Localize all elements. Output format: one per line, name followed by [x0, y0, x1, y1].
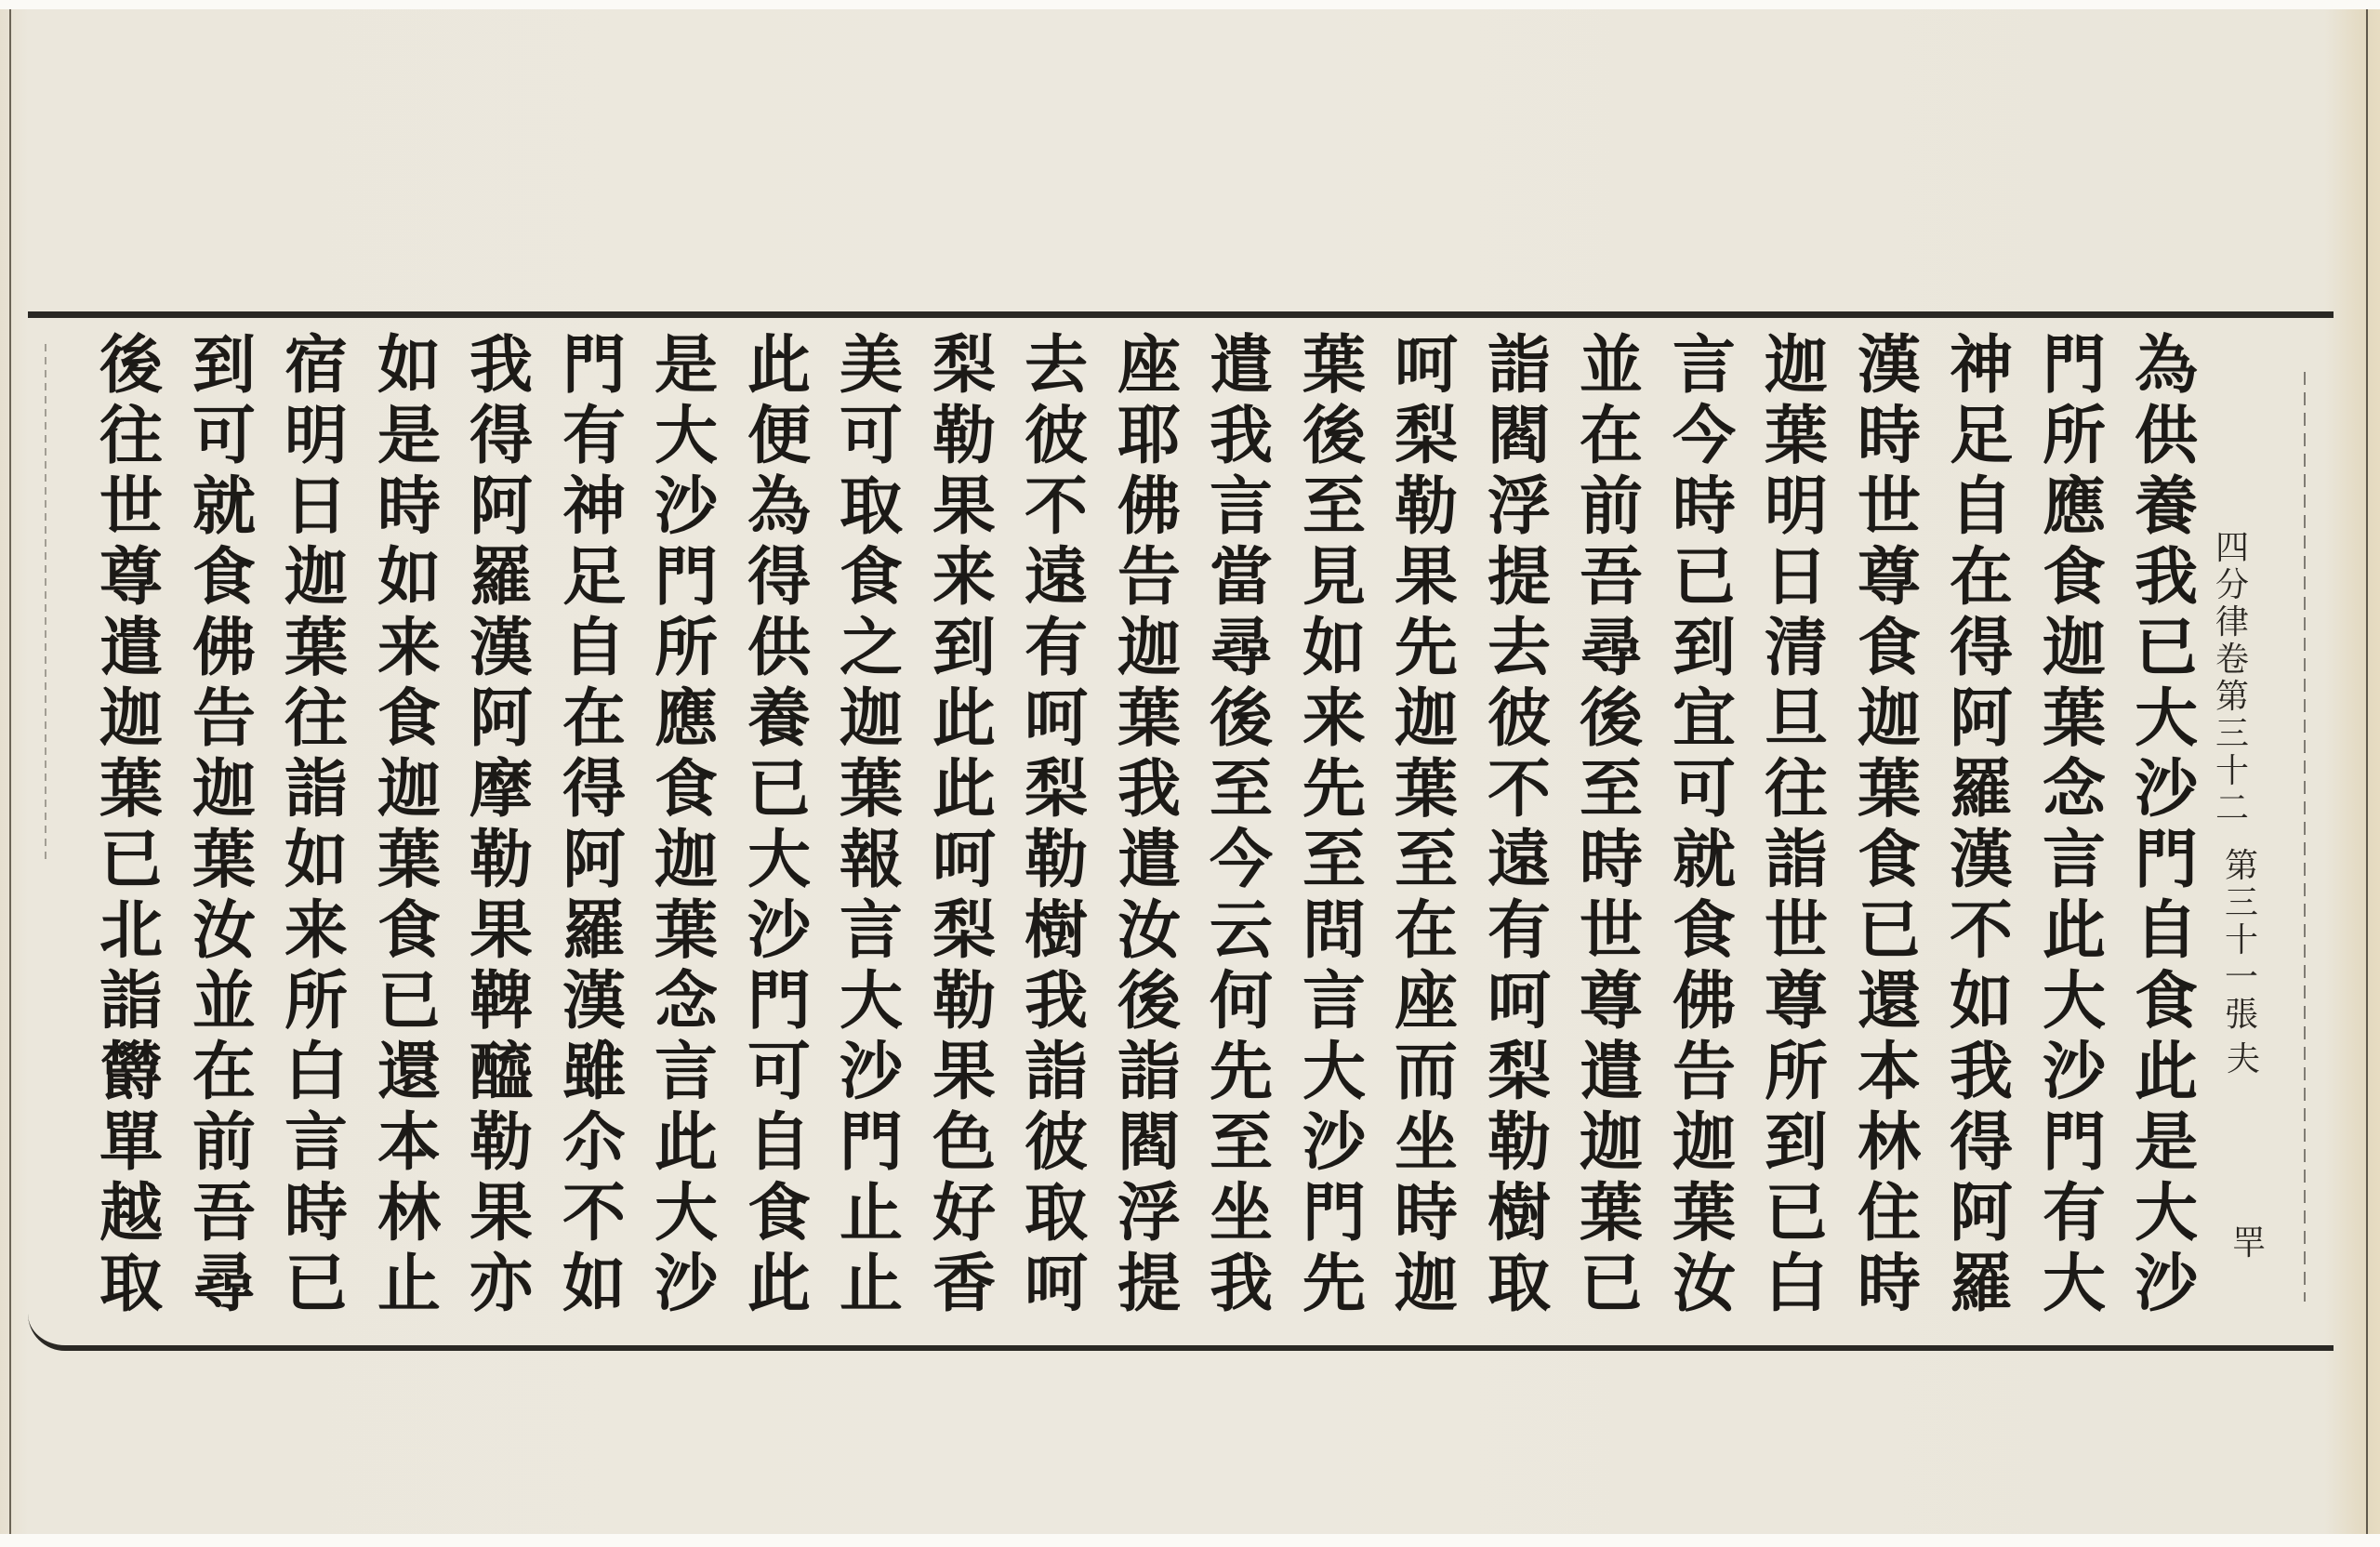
glyph: 梨	[1487, 1037, 1551, 1107]
glyph: 大	[654, 1178, 718, 1249]
glyph: 好	[932, 1178, 996, 1249]
margin-glyph: 三	[2215, 716, 2249, 753]
margin-glyph: 二	[2215, 790, 2249, 827]
glyph: 念	[654, 966, 718, 1037]
glyph: 應	[2043, 471, 2106, 542]
text-column: 後往世尊遣迦葉已北詣欝單越取	[86, 330, 176, 1319]
glyph: 有	[2043, 1178, 2106, 1249]
glyph: 時	[1673, 471, 1736, 542]
glyph: 迦	[654, 825, 718, 895]
glyph: 葉	[1673, 1178, 1736, 1249]
glyph: 彼	[1487, 683, 1551, 754]
text-column: 葉後至見如来先至問言大沙門先	[1289, 330, 1379, 1319]
glyph: 迦	[99, 683, 163, 754]
margin-mark-text: 夫	[2227, 1041, 2260, 1078]
glyph: 雖	[562, 1037, 626, 1107]
glyph: 神	[562, 471, 626, 542]
margin-glyph: 張	[2225, 997, 2258, 1034]
glyph: 可	[1673, 754, 1736, 825]
glyph: 門	[747, 966, 811, 1037]
glyph: 勒	[1395, 471, 1458, 542]
glyph: 得	[469, 401, 533, 471]
glyph: 座	[1395, 966, 1458, 1037]
glyph: 大	[2135, 683, 2198, 754]
glyph: 尋	[192, 1249, 256, 1319]
page-edge-right	[2366, 9, 2368, 1534]
glyph: 阿	[1950, 1178, 2013, 1249]
glyph: 已	[1673, 542, 1736, 613]
text-column: 為供養我已大沙門自食此是大沙	[2122, 330, 2211, 1319]
glyph: 供	[2135, 401, 2198, 471]
glyph: 汝	[192, 895, 256, 966]
glyph: 呵	[1025, 683, 1088, 754]
glyph: 養	[747, 683, 811, 754]
glyph: 果	[1395, 542, 1458, 613]
glyph: 葉	[1580, 1178, 1643, 1249]
text-column: 如是時如来食迦葉食已還本林止	[364, 330, 454, 1319]
glyph: 後	[1117, 966, 1181, 1037]
glyph: 阿	[562, 825, 626, 895]
glyph: 閻	[1487, 401, 1551, 471]
glyph: 取	[1487, 1249, 1551, 1319]
glyph: 勒	[469, 1107, 533, 1178]
glyph: 漢	[1858, 330, 1921, 401]
glyph: 為	[747, 471, 811, 542]
glyph: 如	[377, 542, 441, 613]
glyph: 問	[1302, 895, 1366, 966]
glyph: 大	[1302, 1037, 1366, 1107]
glyph: 此	[747, 330, 811, 401]
glyph: 葉	[1395, 754, 1458, 825]
glyph: 得	[747, 542, 811, 613]
glyph: 世	[1765, 895, 1828, 966]
glyph: 閻	[1117, 1107, 1181, 1178]
margin-title: 四分律卷第三十二 四分律卷第三十二	[2209, 530, 2255, 827]
glyph: 單	[99, 1107, 163, 1178]
glyph: 遠	[1487, 825, 1551, 895]
glyph: 迦	[1395, 1249, 1458, 1319]
glyph: 在	[1580, 401, 1643, 471]
page-label: 第三十一張 第三十一張	[2218, 848, 2265, 1034]
glyph: 梨	[1395, 401, 1458, 471]
glyph: 果	[932, 471, 996, 542]
glyph: 取	[99, 1249, 163, 1319]
glyph: 此	[2043, 895, 2106, 966]
glyph: 汝	[1117, 895, 1181, 966]
text-column: 並在前吾尋後至時世尊遣迦葉已	[1567, 330, 1656, 1319]
glyph: 大	[2135, 1178, 2198, 1249]
glyph: 前	[192, 1107, 256, 1178]
glyph: 已	[747, 754, 811, 825]
glyph: 我	[1025, 966, 1088, 1037]
glyph: 自	[562, 613, 626, 683]
glyph: 已	[377, 966, 441, 1037]
text-column: 門所應食迦葉念言此大沙門有大	[2030, 330, 2119, 1319]
glyph: 羅	[1950, 754, 2013, 825]
glyph: 宿	[284, 330, 348, 401]
glyph: 可	[192, 401, 256, 471]
glyph: 明	[284, 401, 348, 471]
glyph: 至	[1395, 825, 1458, 895]
glyph: 大	[747, 825, 811, 895]
glyph: 門	[1302, 1178, 1366, 1249]
glyph: 止	[377, 1249, 441, 1319]
glyph: 去	[1025, 330, 1088, 401]
glyph: 可	[747, 1037, 811, 1107]
glyph: 尊	[1858, 542, 1921, 613]
glyph: 告	[1673, 1037, 1736, 1107]
glyph: 後	[1302, 401, 1366, 471]
glyph: 迦	[377, 754, 441, 825]
glyph: 所	[284, 966, 348, 1037]
glyph: 迦	[1858, 683, 1921, 754]
glyph: 摩	[469, 754, 533, 825]
glyph: 還	[377, 1037, 441, 1107]
glyph: 葉	[1302, 330, 1366, 401]
glyph: 漢	[562, 966, 626, 1037]
glyph: 色	[932, 1107, 996, 1178]
glyph: 便	[747, 401, 811, 471]
glyph: 提	[1487, 542, 1551, 613]
glyph: 不	[1487, 754, 1551, 825]
glyph: 得	[1950, 613, 2013, 683]
glyph: 食	[654, 754, 718, 825]
text-column: 門有神足自在得阿羅漢雖尒不如	[549, 330, 639, 1319]
glyph: 葉	[99, 754, 163, 825]
text-column: 梨勒果来到此此呵梨勒果色好香	[919, 330, 1009, 1319]
glyph: 足	[562, 542, 626, 613]
glyph: 此	[2135, 1037, 2198, 1107]
glyph: 不	[1950, 895, 2013, 966]
glyph: 有	[1487, 895, 1551, 966]
glyph: 時	[1395, 1178, 1458, 1249]
glyph: 食	[2135, 966, 2198, 1037]
glyph: 時	[377, 471, 441, 542]
glyph: 来	[932, 542, 996, 613]
glyph: 食	[1673, 895, 1736, 966]
glyph: 自	[1950, 471, 2013, 542]
glyph: 而	[1395, 1037, 1458, 1107]
glyph: 佛	[1117, 471, 1181, 542]
glyph: 門	[2043, 1107, 2106, 1178]
glyph: 並	[192, 966, 256, 1037]
glyph: 勒	[1025, 825, 1088, 895]
glyph: 還	[1858, 966, 1921, 1037]
glyph: 阿	[469, 683, 533, 754]
glyph: 食	[377, 683, 441, 754]
glyph: 此	[747, 1249, 811, 1319]
carver-mark-text: 䍐	[2232, 1225, 2266, 1263]
glyph: 漢	[469, 613, 533, 683]
glyph: 坐	[1210, 1178, 1273, 1249]
glyph: 並	[1580, 330, 1643, 401]
glyph: 言	[2043, 825, 2106, 895]
glyph: 彼	[1025, 401, 1088, 471]
glyph: 樹	[1025, 895, 1088, 966]
glyph: 取	[1025, 1178, 1088, 1249]
glyph: 當	[1210, 542, 1273, 613]
margin-glyph: 十	[2225, 922, 2258, 959]
glyph: 葉	[284, 613, 348, 683]
glyph: 梨	[1025, 754, 1088, 825]
glyph: 阿	[469, 471, 533, 542]
glyph: 應	[654, 683, 718, 754]
glyph: 言	[1302, 966, 1366, 1037]
carver-mark: 䍐	[2226, 1225, 2272, 1263]
glyph: 食	[1858, 613, 1921, 683]
glyph: 亦	[469, 1249, 533, 1319]
glyph: 已	[1858, 895, 1921, 966]
glyph: 沙	[840, 1037, 903, 1107]
glyph: 有	[562, 401, 626, 471]
glyph: 如	[1950, 966, 2013, 1037]
glyph: 大	[2043, 1249, 2106, 1319]
text-column: 美可取食之迦葉報言大沙門止止	[826, 330, 916, 1319]
glyph: 迦	[284, 542, 348, 613]
glyph: 尊	[99, 542, 163, 613]
glyph: 門	[2043, 330, 2106, 401]
glyph: 已	[284, 1249, 348, 1319]
glyph: 時	[284, 1178, 348, 1249]
glyph: 先	[1302, 1249, 1366, 1319]
glyph: 先	[1395, 613, 1458, 683]
glyph: 呵	[1395, 330, 1458, 401]
glyph: 沙	[747, 895, 811, 966]
text-column: 宿明日迦葉往詣如来所白言時已	[271, 330, 361, 1319]
glyph: 在	[192, 1037, 256, 1107]
glyph: 就	[192, 471, 256, 542]
text-column: 去彼不遠有呵梨勒樹我詣彼取呵	[1011, 330, 1101, 1319]
glyph: 不	[1025, 471, 1088, 542]
text-column: 座耶佛告迦葉我遣汝後詣閻浮提	[1104, 330, 1194, 1319]
glyph: 漢	[1950, 825, 2013, 895]
glyph: 佛	[1673, 966, 1736, 1037]
glyph: 已	[99, 825, 163, 895]
glyph: 葉	[192, 825, 256, 895]
glyph: 供	[747, 613, 811, 683]
glyph: 至	[1302, 825, 1366, 895]
glyph: 白	[1765, 1249, 1828, 1319]
glyph: 大	[654, 401, 718, 471]
glyph: 迦	[1395, 683, 1458, 754]
glyph: 明	[1765, 471, 1828, 542]
glyph: 止	[840, 1249, 903, 1319]
glyph: 葉	[654, 895, 718, 966]
glyph: 果	[932, 1037, 996, 1107]
glyph: 今	[1210, 825, 1273, 895]
text-column: 言今時已到宜可就食佛告迦葉汝	[1659, 330, 1749, 1319]
glyph: 羅	[562, 895, 626, 966]
glyph: 梨	[932, 330, 996, 401]
glyph: 已	[1765, 1178, 1828, 1249]
text-column: 詣閻浮提去彼不遠有呵梨勒樹取	[1474, 330, 1564, 1319]
glyph: 告	[1117, 542, 1181, 613]
glyph: 勒	[469, 825, 533, 895]
glyph: 往	[284, 683, 348, 754]
glyph: 食	[1858, 825, 1921, 895]
glyph: 果	[469, 895, 533, 966]
glyph: 本	[377, 1107, 441, 1178]
glyph: 食	[747, 1178, 811, 1249]
glyph: 已	[1580, 1249, 1643, 1319]
glyph: 此	[932, 754, 996, 825]
glyph: 尒	[562, 1107, 626, 1178]
glyph: 汝	[1673, 1249, 1736, 1319]
glyph: 自	[2135, 895, 2198, 966]
glyph: 白	[284, 1037, 348, 1107]
glyph: 葉	[1117, 683, 1181, 754]
text-column: 此便為得供養已大沙門可自食此	[734, 330, 824, 1319]
glyph: 尊	[1580, 966, 1643, 1037]
glyph: 迦	[2043, 613, 2106, 683]
glyph: 如	[284, 825, 348, 895]
glyph: 美	[840, 330, 903, 401]
text-column: 神足自在得阿羅漢不如我得阿羅	[1937, 330, 2026, 1319]
glyph: 見	[1302, 542, 1366, 613]
text-column: 迦葉明日清旦往詣世尊所到已白	[1752, 330, 1841, 1319]
glyph: 大	[840, 966, 903, 1037]
glyph: 到	[1765, 1107, 1828, 1178]
glyph: 告	[192, 683, 256, 754]
glyph: 神	[1950, 330, 2013, 401]
glyph: 得	[1950, 1107, 2013, 1178]
glyph: 我	[2135, 542, 2198, 613]
glyph: 葉	[1858, 754, 1921, 825]
margin-glyph: 第	[2215, 679, 2249, 716]
glyph: 沙	[1302, 1107, 1366, 1178]
glyph: 北	[99, 895, 163, 966]
glyph: 報	[840, 825, 903, 895]
margin-glyph: 第	[2225, 848, 2258, 885]
glyph: 不	[562, 1178, 626, 1249]
glyph: 到	[932, 613, 996, 683]
glyph: 食	[840, 542, 903, 613]
glyph: 日	[1765, 542, 1828, 613]
text-column: 呵梨勒果先迦葉至在座而坐時迦	[1382, 330, 1471, 1319]
glyph: 醯	[469, 1037, 533, 1107]
glyph: 遠	[1025, 542, 1088, 613]
glyph: 迦	[1117, 613, 1181, 683]
glyph: 本	[1858, 1037, 1921, 1107]
glyph: 去	[1487, 613, 1551, 683]
glyph: 言	[1210, 471, 1273, 542]
glyph: 来	[1302, 683, 1366, 754]
glyph: 言	[840, 895, 903, 966]
glyph: 鞞	[469, 966, 533, 1037]
glyph: 到	[1673, 613, 1736, 683]
glyph: 言	[284, 1107, 348, 1178]
glyph: 前	[1580, 471, 1643, 542]
glyph: 羅	[1950, 1249, 2013, 1319]
glyph: 食	[377, 895, 441, 966]
glyph: 坐	[1395, 1107, 1458, 1178]
glyph: 迦	[1580, 1107, 1643, 1178]
glyph: 是	[2135, 1107, 2198, 1178]
margin-glyph: 律	[2215, 604, 2249, 641]
glyph: 詣	[1025, 1037, 1088, 1107]
glyph: 耶	[1117, 401, 1181, 471]
glyph: 已	[2135, 613, 2198, 683]
glyph: 先	[1302, 754, 1366, 825]
glyph: 林	[377, 1178, 441, 1249]
glyph: 迦	[1765, 330, 1828, 401]
glyph: 至	[1302, 471, 1366, 542]
glyph: 詣	[1487, 330, 1551, 401]
glyph: 林	[1858, 1107, 1921, 1178]
glyph: 門	[654, 542, 718, 613]
glyph: 言	[654, 1037, 718, 1107]
glyph: 迦	[192, 754, 256, 825]
glyph: 遣	[1580, 1037, 1643, 1107]
glyph: 羅	[469, 542, 533, 613]
frame-left-rule	[45, 344, 46, 865]
page-edge-left	[9, 9, 11, 1534]
glyph: 迦	[1673, 1107, 1736, 1178]
text-column: 是大沙門所應食迦葉念言此大沙	[641, 330, 731, 1319]
glyph: 在	[1395, 895, 1458, 966]
glyph: 我	[469, 330, 533, 401]
glyph: 念	[2043, 754, 2106, 825]
glyph: 尊	[1765, 966, 1828, 1037]
glyph: 所	[654, 613, 718, 683]
glyph: 佛	[192, 613, 256, 683]
glyph: 我	[1117, 754, 1181, 825]
glyph: 香	[932, 1249, 996, 1319]
text-column: 漢時世尊食迦葉食已還本林住時	[1844, 330, 1934, 1319]
glyph: 何	[1210, 966, 1273, 1037]
glyph: 為	[2135, 330, 2198, 401]
glyph: 是	[654, 330, 718, 401]
glyph: 所	[1765, 1037, 1828, 1107]
glyph: 世	[1580, 895, 1643, 966]
glyph: 沙	[2135, 754, 2198, 825]
glyph: 後	[99, 330, 163, 401]
glyph: 大	[2043, 966, 2106, 1037]
glyph: 尋	[1580, 613, 1643, 683]
glyph: 浮	[1487, 471, 1551, 542]
glyph: 我	[1950, 1037, 2013, 1107]
glyph: 養	[2135, 471, 2198, 542]
glyph: 在	[562, 683, 626, 754]
glyph: 葉	[377, 825, 441, 895]
glyph: 往	[99, 401, 163, 471]
glyph: 得	[562, 754, 626, 825]
text-column: 到可就食佛告迦葉汝並在前吾尋	[179, 330, 269, 1319]
glyph: 至	[1210, 754, 1273, 825]
glyph: 来	[284, 895, 348, 966]
glyph: 住	[1858, 1178, 1921, 1249]
margin-mark: 夫	[2220, 1041, 2267, 1078]
glyph: 世	[99, 471, 163, 542]
glyph: 如	[1302, 613, 1366, 683]
glyph: 往	[1765, 754, 1828, 825]
glyph: 門	[2135, 825, 2198, 895]
glyph: 勒	[1487, 1107, 1551, 1178]
margin-glyph: 四	[2215, 530, 2249, 567]
glyph: 清	[1765, 613, 1828, 683]
glyph: 後	[1580, 683, 1643, 754]
text-column: 我得阿羅漢阿摩勒果鞞醯勒果亦	[456, 330, 546, 1319]
glyph: 世	[1858, 471, 1921, 542]
glyph: 沙	[654, 1249, 718, 1319]
glyph: 在	[1950, 542, 2013, 613]
margin-glyph: 卷	[2215, 641, 2249, 679]
glyph: 宜	[1673, 683, 1736, 754]
glyph: 到	[192, 330, 256, 401]
glyph: 如	[377, 330, 441, 401]
glyph: 之	[840, 613, 903, 683]
glyph: 阿	[1950, 683, 2013, 754]
